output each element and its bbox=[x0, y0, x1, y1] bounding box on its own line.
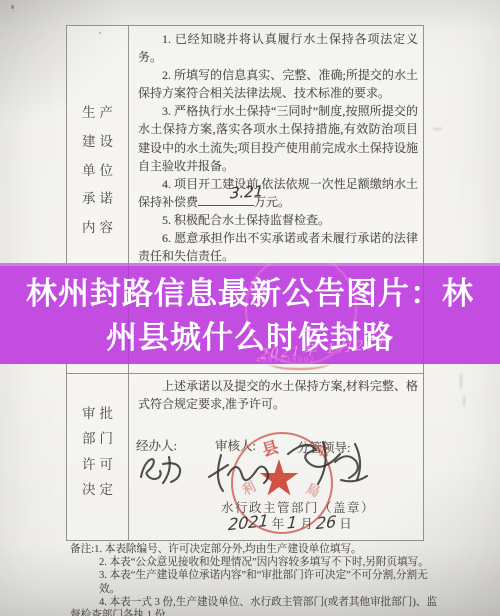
approval-section-label: 审批 部门 许可 决定 bbox=[67, 402, 128, 498]
date-day-unit: 日 bbox=[339, 514, 352, 532]
supervisor-signature-handwriting bbox=[283, 434, 373, 498]
label-pair: 决定 bbox=[78, 478, 117, 498]
label-pair: 单位 bbox=[78, 159, 117, 179]
handler-signature-handwriting bbox=[133, 449, 191, 489]
commitment-item-2: 2. 所填写的信息真实、完整、准确;所提交的水土保持方案符合相关法律法规、技术标… bbox=[138, 66, 418, 102]
scan-speck bbox=[11, 5, 14, 9]
date-year-handwriting: 2021 bbox=[227, 511, 269, 535]
scan-smudge bbox=[460, 374, 462, 388]
date-day-handwriting: 26 bbox=[315, 512, 337, 533]
title-banner-overlay: 2021年 1月26日 4981339002 林州封路信息最新公告图片：林 州县… bbox=[0, 263, 500, 364]
label-pair: 审批 bbox=[78, 402, 117, 422]
commitment-item-4: 4. 项目开工建设前,依法依规一次性足额缴纳水土保持补偿费3.21万元。 bbox=[138, 175, 418, 211]
note-item-4: 4. 本表一式 3 份,生产建设单位、水行政主管部门(或者其他审批部门)、监督检… bbox=[70, 596, 442, 616]
commitment-item-5: 5. 积极配合水土保持监督检查。 bbox=[138, 211, 418, 229]
reviewer-signature-handwriting bbox=[206, 447, 278, 495]
scan-smudge bbox=[433, 128, 442, 130]
fee-blank-line: 3.21 bbox=[198, 193, 254, 206]
date-month-handwriting: 1 bbox=[287, 512, 298, 532]
notes-prefix: 备注: bbox=[70, 544, 94, 555]
note-item-2: 2. 本表“公众意见接收和处理情况”因内容较多填写不下时,另附页填写。 bbox=[99, 556, 442, 569]
note-item-3: 3. 本表“生产建设单位承诺内容”和“审批部门许可决定”不可分割,分割无效。 bbox=[99, 569, 442, 595]
date-month-unit: 月 bbox=[300, 514, 313, 532]
commitment-item-6: 6. 愿意承担作出不实承诺或者未履行承诺的法律责任和失信责任。 bbox=[138, 229, 418, 265]
label-pair: 生产 bbox=[78, 101, 117, 121]
footer-notes: 备注:1. 本表除编号、许可决定部分外,均由生产建设单位填写。 2. 本表“公众… bbox=[70, 543, 442, 616]
label-pair: 许可 bbox=[78, 453, 117, 473]
label-pair: 承诺 bbox=[78, 187, 117, 207]
commitment-item-1: 1. 已经知晓并将认真履行水土保持各项法定义务。 bbox=[138, 30, 418, 66]
note-item-1: 1. 本表除编号、许可决定部分外,均由生产建设单位填写。 bbox=[94, 544, 362, 555]
label-pair: 部门 bbox=[78, 427, 117, 447]
producer-section-label: 生产 建设 单位 承诺 内容 bbox=[67, 101, 128, 236]
fee-amount-handwriting: 3.21 bbox=[206, 182, 264, 204]
date-year-unit: 年 bbox=[272, 514, 285, 532]
approval-date: 2021 年 1 月 26 日 bbox=[228, 513, 352, 532]
scanned-permit-document: 生产 建设 单位 承诺 内容 1. 已经知晓并将认真履行水土保持各项法定义务。 … bbox=[0, 0, 500, 616]
label-pair: 内容 bbox=[78, 216, 117, 236]
note-line-1: 备注:1. 本表除编号、许可决定部分外,均由生产建设单位填写。 bbox=[70, 543, 442, 556]
label-pair: 建设 bbox=[78, 130, 117, 150]
banner-title-line1: 林州封路信息最新公告图片：林 bbox=[0, 268, 500, 313]
banner-title-line2: 州县城什么时候封路 bbox=[0, 312, 500, 357]
approval-statement: 上述承诺以及提交的水土保持方案,材料完整、格式符合规定要求,准予许可。 bbox=[138, 377, 418, 413]
commitment-item-3: 3. 严格执行水土保持“三同时”制度,按照所提交的水土保持方案,落实各项水土保持… bbox=[138, 102, 418, 174]
scan-smudge bbox=[463, 396, 465, 406]
